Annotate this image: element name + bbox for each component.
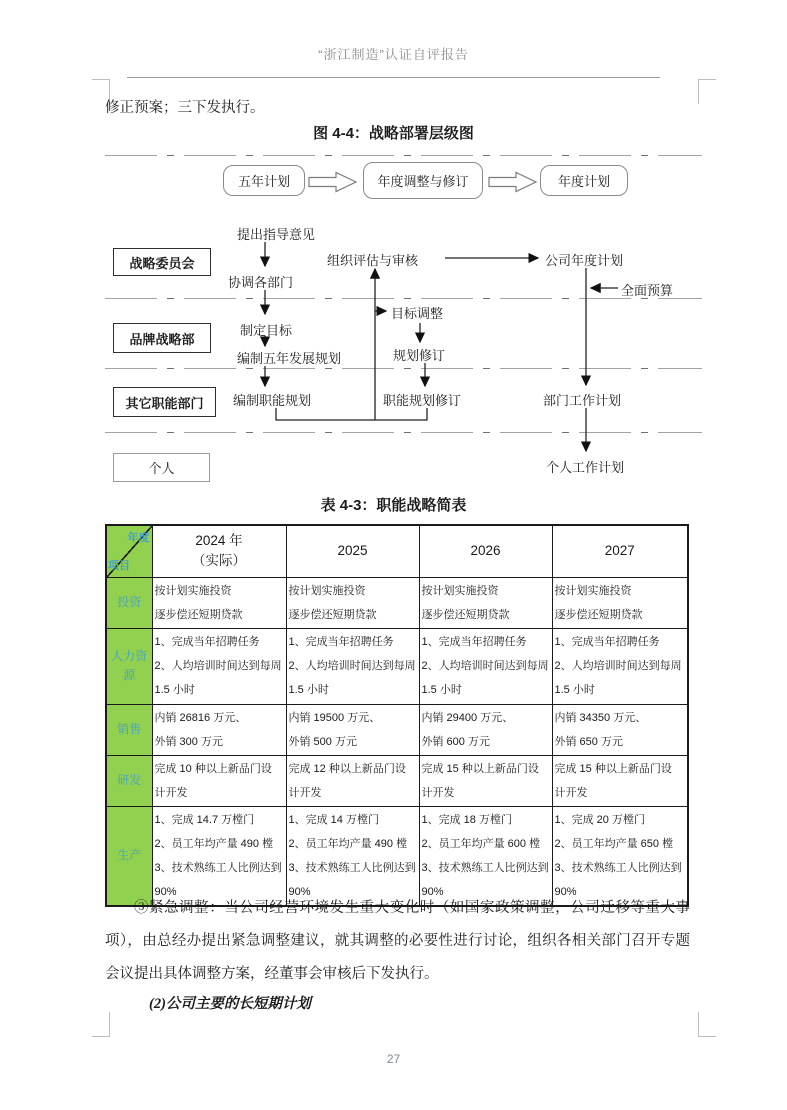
cell-sales-2024: 内销 26816 万元、 外销 300 万元 [152,704,286,755]
node-guidance: 提出指导意见 [237,224,315,243]
row-label-rd: 研发 [106,755,152,806]
table-title: 表 4-3：职能战略简表 [0,494,787,515]
node-target-adjust: 目标调整 [391,303,443,322]
cell-production-2027: 1、完成 20 万樘门 2、员工年均产量 650 樘 3、技术熟练工人比例达到 … [552,806,688,906]
corner-label-year: 年度 [128,529,150,545]
node-personal-work-plan: 个人工作计划 [546,457,624,476]
node-company-annual-plan: 公司年度计划 [545,250,623,269]
cell-rd-2024: 完成 10 种以上新品门设 计开发 [152,755,286,806]
functional-strategy-table: 年度 项目 2024 年 （实际） 2025 2026 2027 投资 按计划实… [105,524,689,907]
cell-rd-2027: 完成 15 种以上新品门设 计开发 [552,755,688,806]
node-func-plan-revision: 职能规划修订 [383,390,461,409]
cell-investment-2027: 按计划实施投资 逐步偿还短期贷款 [552,577,688,628]
table-row-sales: 销售 内销 26816 万元、 外销 300 万元 内销 19500 万元、 外… [106,704,688,755]
table-header-row: 年度 项目 2024 年 （实际） 2025 2026 2027 [106,525,688,577]
margin-mark-bottom-right [698,1012,716,1037]
cell-investment-2025: 按计划实施投资 逐步偿还短期贷款 [286,577,419,628]
node-compile-five-year: 编制五年发展规划 [237,348,341,367]
paragraph-long-short-term-plans: (2)公司主要的长短期计划 [105,992,734,1013]
node-compile-func-plan: 编制职能规划 [233,390,311,409]
column-header-2027: 2027 [552,525,688,577]
row-label-sales: 销售 [106,704,152,755]
cell-production-2024: 1、完成 14.7 万樘门 2、员工年均产量 490 樘 3、技术熟练工人比例达… [152,806,286,906]
cell-hr-2026: 1、完成当年招聘任务 2、人均培训时间达到每周 1.5 小时 [419,628,552,704]
cell-investment-2024: 按计划实施投资 逐步偿还短期贷款 [152,577,286,628]
cell-hr-2027: 1、完成当年招聘任务 2、人均培训时间达到每周 1.5 小时 [552,628,688,704]
column-header-2026: 2026 [419,525,552,577]
node-evaluate: 组织评估与审核 [327,250,418,269]
document-page: “浙江制造”认证自评报告 修正预案；三下发执行。 图 4-4：战略部署层级图 五… [0,0,787,1110]
cell-sales-2025: 内销 19500 万元、 外销 500 万元 [286,704,419,755]
cell-rd-2025: 完成 12 种以上新品门设 计开发 [286,755,419,806]
cell-hr-2025: 1、完成当年招聘任务 2、人均培训时间达到每周 1.5 小时 [286,628,419,704]
cell-production-2025: 1、完成 14 万樘门 2、员工年均产量 490 樘 3、技术熟练工人比例达到 … [286,806,419,906]
figure-title: 图 4-4：战略部署层级图 [0,122,787,143]
column-header-2024: 2024 年 （实际） [152,525,286,577]
paragraph-emergency-adjustment: ③紧急调整：当公司经营环境发生重大变化时（如国家政策调整，公司迁移等重大事项），… [105,892,690,991]
intro-text: 修正预案；三下发执行。 [105,96,265,117]
page-number: 27 [0,1052,787,1066]
cell-investment-2026: 按计划实施投资 逐步偿还短期贷款 [419,577,552,628]
corner-label-item: 项目 [108,557,130,573]
table-row-rd: 研发 完成 10 种以上新品门设 计开发 完成 12 种以上新品门设 计开发 完… [106,755,688,806]
table-row-hr: 人力资源 1、完成当年招聘任务 2、人均培训时间达到每周 1.5 小时 1、完成… [106,628,688,704]
diagram-connectors [100,150,712,495]
row-label-investment: 投资 [106,577,152,628]
node-coordinate: 协调各部门 [228,272,293,291]
cell-production-2026: 1、完成 18 万樘门 2、员工年均产量 600 樘 3、技术熟练工人比例达到 … [419,806,552,906]
column-header-2025: 2025 [286,525,419,577]
table-row-production: 生产 1、完成 14.7 万樘门 2、员工年均产量 490 樘 3、技术熟练工人… [106,806,688,906]
row-label-hr: 人力资源 [106,628,152,704]
table-corner-cell: 年度 项目 [106,525,152,577]
page-header-title: “浙江制造”认证自评报告 [0,44,787,63]
row-label-production: 生产 [106,806,152,906]
connector-bracket-feedback [276,408,427,420]
node-dept-work-plan: 部门工作计划 [543,390,621,409]
header-rule [127,77,660,78]
node-set-target: 制定目标 [240,320,292,339]
cell-rd-2026: 完成 15 种以上新品门设 计开发 [419,755,552,806]
node-plan-revision: 规划修订 [393,345,445,364]
cell-sales-2026: 内销 29400 万元、 外销 600 万元 [419,704,552,755]
cell-hr-2024: 1、完成当年招聘任务 2、人均培训时间达到每周 1.5 小时 [152,628,286,704]
node-budget: 全面预算 [621,280,673,299]
table-row-investment: 投资 按计划实施投资 逐步偿还短期贷款 按计划实施投资 逐步偿还短期贷款 按计划… [106,577,688,628]
strategy-deployment-diagram: 五年计划 年度调整与修订 年度计划 战略委员会 品牌战略部 其它职能部门 个人 [100,150,712,495]
margin-mark-top-right [698,79,716,104]
margin-mark-bottom-left [92,1012,110,1037]
cell-sales-2027: 内销 34350 万元、 外销 650 万元 [552,704,688,755]
